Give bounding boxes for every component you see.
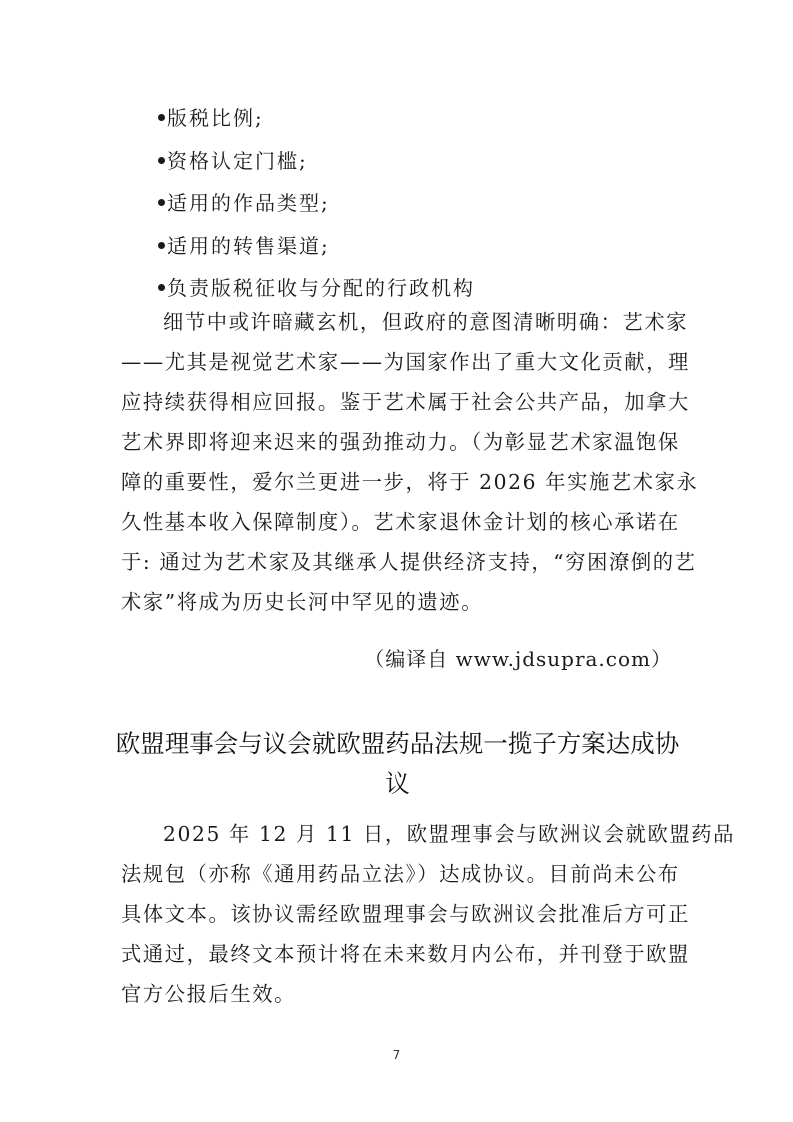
- bullet-item: 适用的转售渠道;: [158, 232, 475, 275]
- bullet-text: 版税比例;: [167, 106, 264, 130]
- paragraph-line: 应持续获得相应回报。鉴于艺术属于社会公共产品，加拿大: [121, 382, 673, 422]
- paragraph-line: 障的重要性，爱尔兰更进一步，将于 2026 年实施艺术家永: [121, 462, 673, 502]
- bullet-item: 资格认定门槛;: [158, 147, 475, 190]
- bullet-text: 资格认定门槛;: [167, 149, 308, 173]
- paragraph-line: 细节中或许暗藏玄机，但政府的意图清晰明确：艺术家: [121, 302, 673, 342]
- paragraph-line: 2025 年 12 月 11 日，欧盟理事会与欧洲议会就欧盟药品: [121, 814, 673, 854]
- document-page: 版税比例; 资格认定门槛; 适用的作品类型; 适用的转售渠道; 负责版税征收与分…: [0, 0, 793, 1122]
- paragraph-line: 艺术界即将迎来迟来的强劲推动力。（为彰显艺术家温饱保: [121, 422, 673, 462]
- bullet-dot-icon: [158, 284, 165, 291]
- bullet-dot-icon: [158, 199, 165, 206]
- bullet-text: 适用的转售渠道;: [167, 234, 330, 258]
- paragraph-line: 官方公报后生效。: [121, 974, 673, 1014]
- bullet-list: 版税比例; 资格认定门槛; 适用的作品类型; 适用的转售渠道; 负责版税征收与分…: [158, 104, 475, 317]
- title-line: 欧盟理事会与议会就欧盟药品法规一揽子方案达成协: [110, 724, 685, 764]
- paragraph-line: 于: 通过为艺术家及其继承人提供经济支持，“穷困潦倒的艺: [121, 542, 673, 582]
- source-attribution: （编译自 www.jdsupra.com）: [364, 644, 672, 674]
- article-title: 欧盟理事会与议会就欧盟药品法规一揽子方案达成协 议: [110, 724, 685, 804]
- paragraph-line: ——尤其是视觉艺术家——为国家作出了重大文化贡献，理: [121, 342, 673, 382]
- bullet-dot-icon: [158, 114, 165, 121]
- bullet-dot-icon: [158, 157, 165, 164]
- paragraph-line: 式通过，最终文本预计将在未来数月内公布，并刊登于欧盟: [121, 934, 673, 974]
- page-number: 7: [0, 1048, 793, 1062]
- body-paragraph-eu-pharma: 2025 年 12 月 11 日，欧盟理事会与欧洲议会就欧盟药品 法规包（亦称《…: [121, 814, 673, 1014]
- paragraph-line: 术家”将成为历史长河中罕见的遗迹。: [121, 582, 673, 622]
- paragraph-line: 久性基本收入保障制度）。艺术家退休金计划的核心承诺在: [121, 502, 673, 542]
- bullet-item: 适用的作品类型;: [158, 189, 475, 232]
- bullet-text: 负责版税征收与分配的行政机构: [167, 276, 475, 300]
- paragraph-line: 法规包（亦称《通用药品立法》）达成协议。目前尚未公布: [121, 854, 673, 894]
- body-paragraph-artists: 细节中或许暗藏玄机，但政府的意图清晰明确：艺术家 ——尤其是视觉艺术家——为国家…: [121, 302, 673, 622]
- title-line: 议: [110, 764, 685, 804]
- bullet-item: 版税比例;: [158, 104, 475, 147]
- bullet-dot-icon: [158, 242, 165, 249]
- paragraph-line: 具体文本。该协议需经欧盟理事会与欧洲议会批准后方可正: [121, 894, 673, 934]
- bullet-text: 适用的作品类型;: [167, 191, 330, 215]
